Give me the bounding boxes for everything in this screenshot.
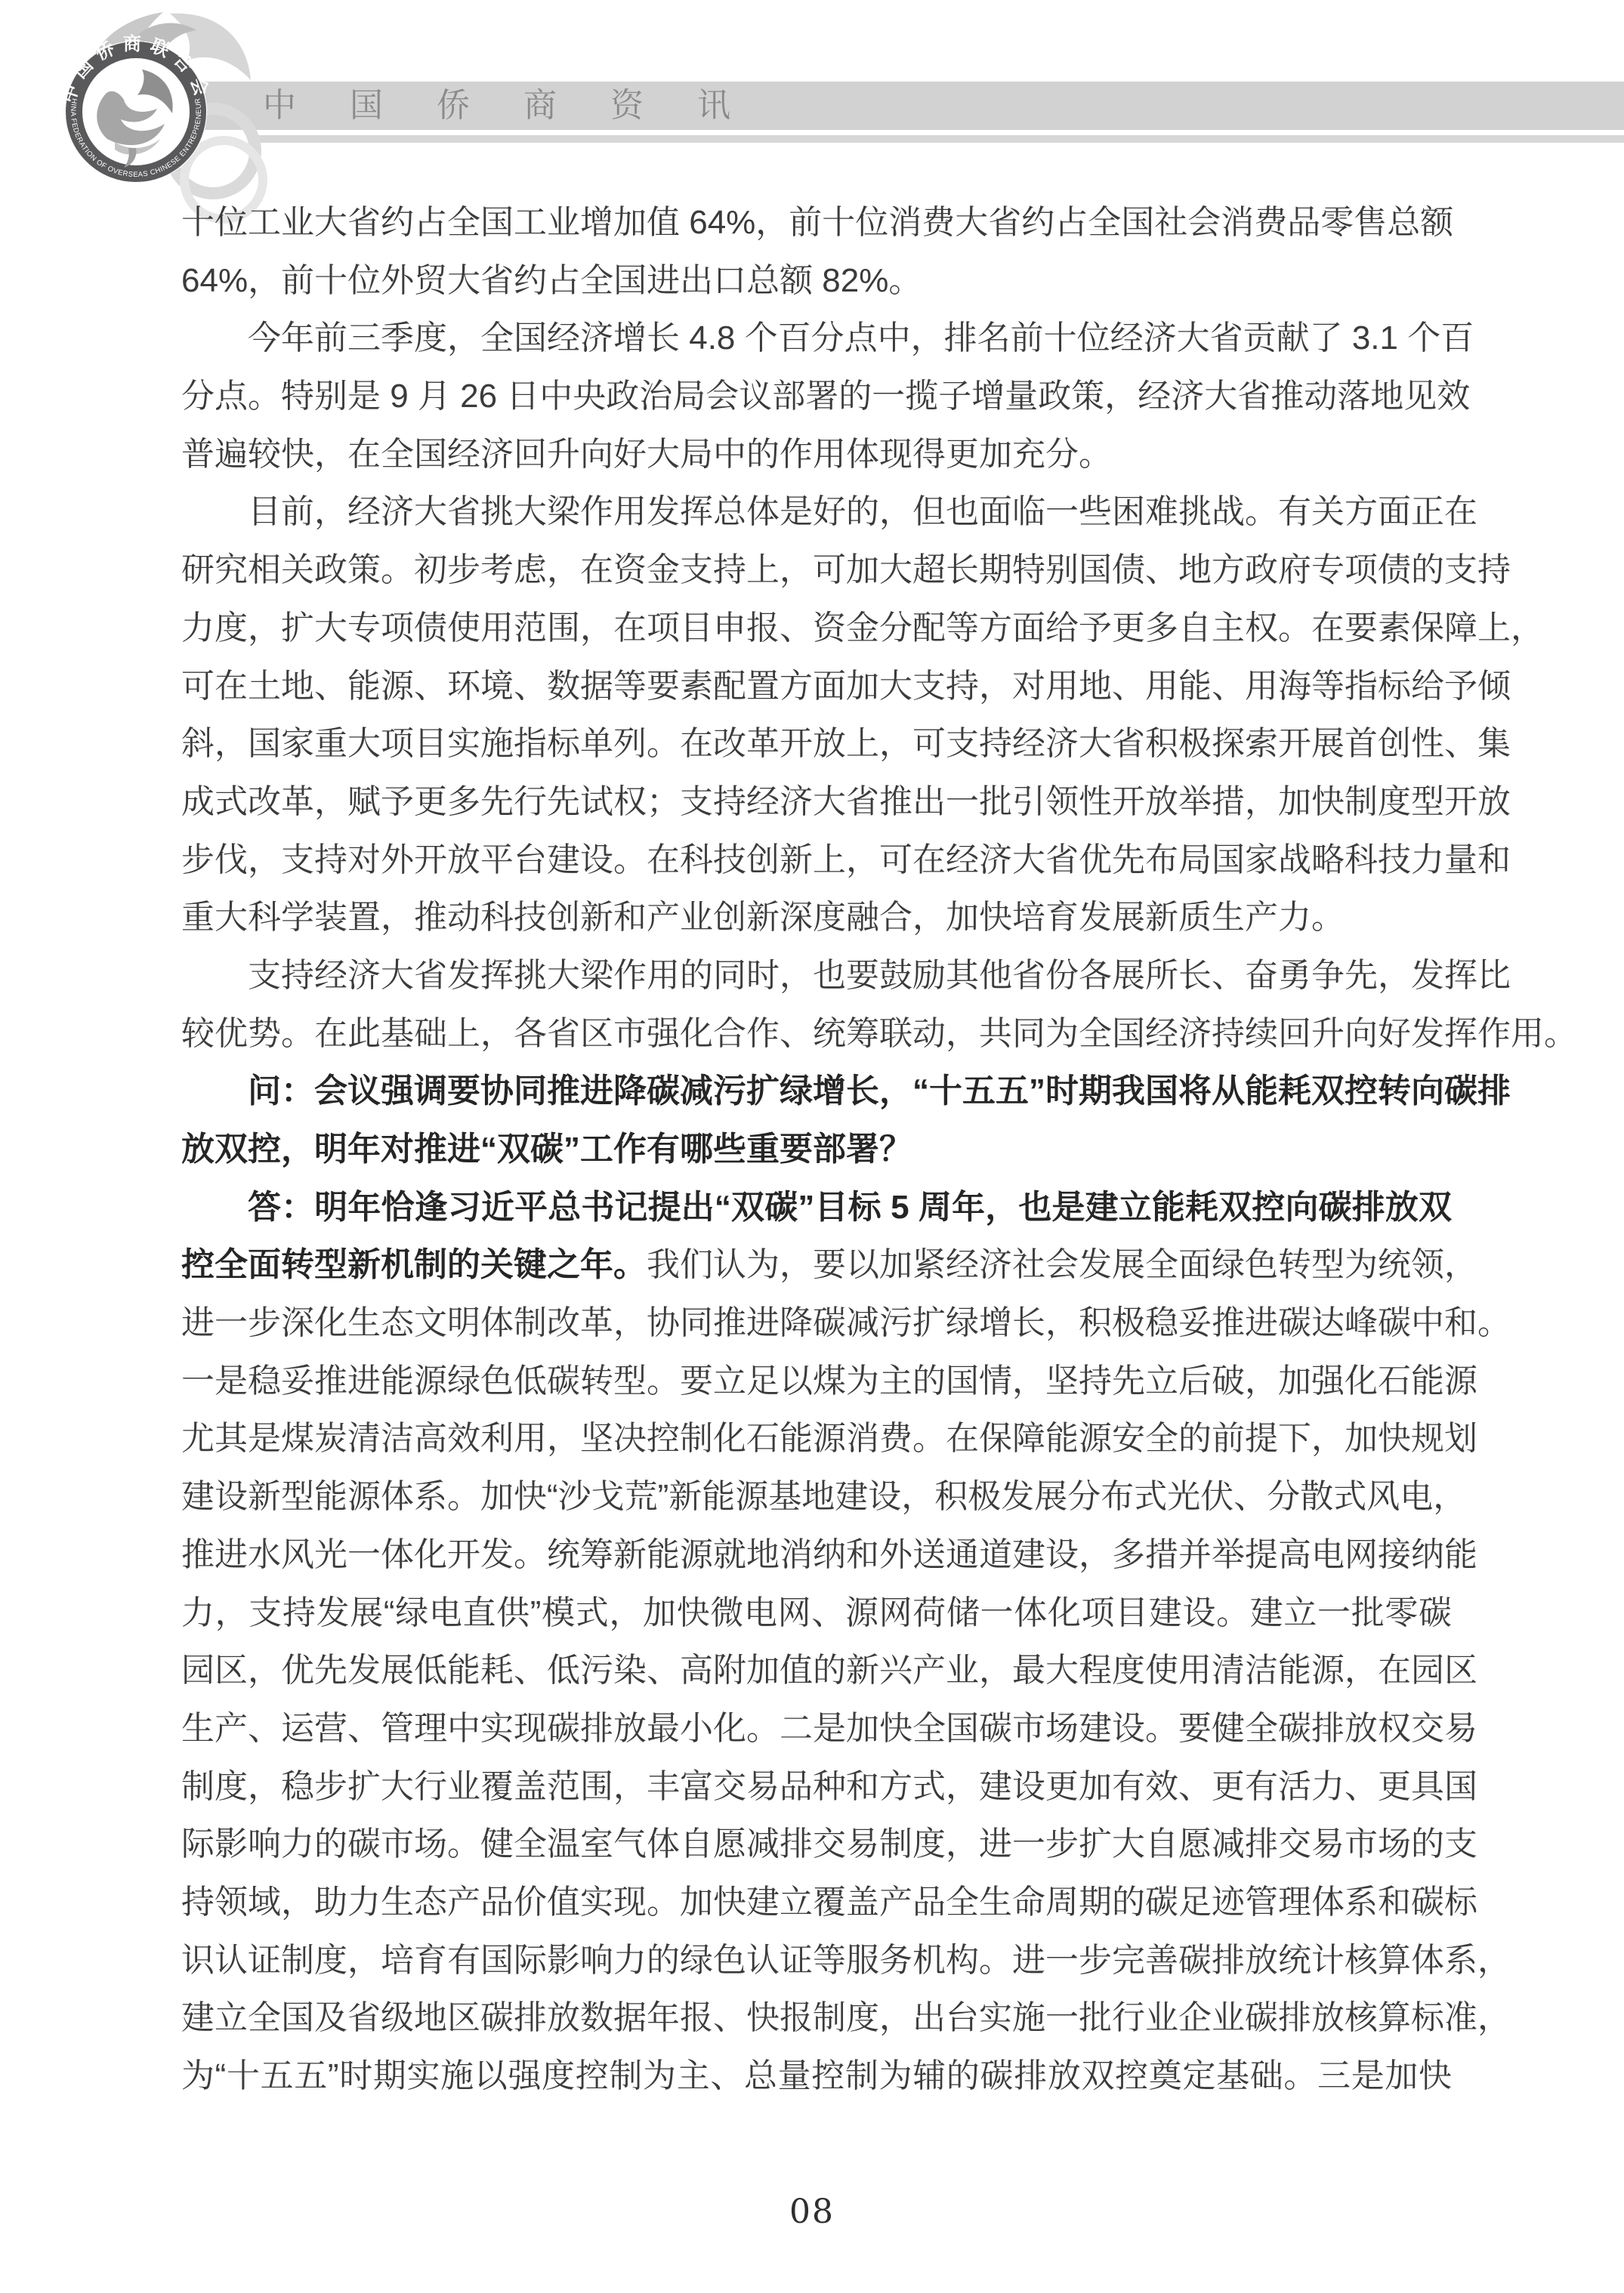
body-text-bold: 放双控，明年对推进“双碳”工作有哪些重要部署？ bbox=[181, 1131, 912, 1168]
body-text: 生产、运营、管理中实现碳排放最小化。二是加快全国碳市场建设。要健全碳排放权交易 bbox=[181, 1710, 1477, 1747]
body-line: 力度，扩大专项债使用范围，在项目申报、资金分配等方面给予更多自主权。在要素保障上… bbox=[181, 600, 1452, 658]
body-line: 可在土地、能源、环境、数据等要素配置方面加大支持，对用地、用能、用海等指标给予倾 bbox=[181, 658, 1452, 716]
body-line: 答：明年恰逢习近平总书记提出“双碳”目标 5 周年，也是建立能耗双控向碳排放双 bbox=[181, 1179, 1452, 1237]
body-line: 重大科学装置，推动科技创新和产业创新深度融合，加快培育发展新质生产力。 bbox=[181, 889, 1452, 947]
body-text: 较优势。在此基础上，各省区市强化合作、统筹联动，共同为全国经济持续回升向好发挥作… bbox=[181, 1015, 1577, 1052]
body-line: 分点。特别是 9 月 26 日中央政治局会议部署的一揽子增量政策，经济大省推动落… bbox=[181, 368, 1452, 426]
body-text-bold: 答：明年恰逢习近平总书记提出“双碳”目标 5 周年，也是建立能耗双控向碳排放双 bbox=[248, 1189, 1452, 1226]
body-line: 建立全国及省级地区碳排放数据年报、快报制度，出台实施一批行业企业碳排放核算标准， bbox=[181, 1989, 1452, 2048]
body-text: 研究相关政策。初步考虑，在资金支持上，可加大超长期特别国债、地方政府专项债的支持 bbox=[181, 551, 1511, 588]
body-text: 推进水风光一体化开发。统筹新能源就地消纳和外送通道建设，多措并举提高电网接纳能 bbox=[181, 1536, 1477, 1573]
body-text: 力度，扩大专项债使用范围，在项目申报、资金分配等方面给予更多自主权。在要素保障上… bbox=[181, 610, 1544, 647]
body-line: 进一步深化生态文明体制改革，协同推进降碳减污扩绿增长，积极稳妥推进碳达峰碳中和。 bbox=[181, 1295, 1452, 1353]
body-text: 分点。特别是 9 月 26 日中央政治局会议部署的一揽子增量政策，经济大省推动落… bbox=[181, 378, 1470, 415]
body-line: 制度，稳步扩大行业覆盖范围，丰富交易品种和方式，建设更加有效、更有活力、更具国 bbox=[181, 1758, 1452, 1816]
header-title: 中国侨商资讯 bbox=[263, 82, 784, 130]
body-text: 力，支持发展“绿电直供”模式，加快微电网、源网荷储一体化项目建设。建立一批零碳 bbox=[181, 1594, 1452, 1631]
body-line: 十位工业大省约占全国工业增加值 64%，前十位消费大省约占全国社会消费品零售总额 bbox=[181, 194, 1452, 252]
body-line: 力，支持发展“绿电直供”模式，加快微电网、源网荷储一体化项目建设。建立一批零碳 bbox=[181, 1585, 1452, 1643]
body-line: 今年前三季度，全国经济增长 4.8 个百分点中，排名前十位经济大省贡献了 3.1… bbox=[181, 310, 1452, 368]
body-line: 园区，优先发展低能耗、低污染、高附加值的新兴产业，最大程度使用清洁能源，在园区 bbox=[181, 1642, 1452, 1700]
body-line: 斜，国家重大项目实施指标单列。在改革开放上，可支持经济大省积极探索开展首创性、集 bbox=[181, 715, 1452, 773]
body-line: 成式改革，赋予更多先行先试权；支持经济大省推出一批引领性开放举措，加快制度型开放 bbox=[181, 773, 1452, 832]
article-body: 十位工业大省约占全国工业增加值 64%，前十位消费大省约占全国社会消费品零售总额… bbox=[181, 194, 1452, 2106]
body-line: 问：会议强调要协同推进降碳减污扩绿增长，“十五五”时期我国将从能耗双控转向碳排 bbox=[181, 1063, 1452, 1121]
body-line: 支持经济大省发挥挑大梁作用的同时，也要鼓励其他省份各展所长、奋勇争先，发挥比 bbox=[181, 947, 1452, 1005]
body-line: 目前，经济大省挑大梁作用发挥总体是好的，但也面临一些困难挑战。有关方面正在 bbox=[181, 483, 1452, 542]
body-text: 持领域，助力生态产品价值实现。加快建立覆盖产品全生命周期的碳足迹管理体系和碳标 bbox=[181, 1884, 1477, 1921]
body-text: 今年前三季度，全国经济增长 4.8 个百分点中，排名前十位经济大省贡献了 3.1… bbox=[248, 319, 1474, 356]
body-text: 建设新型能源体系。加快“沙戈荒”新能源基地建设，积极发展分布式光伏、分散式风电， bbox=[181, 1478, 1466, 1515]
body-text: 制度，稳步扩大行业覆盖范围，丰富交易品种和方式，建设更加有效、更有活力、更具国 bbox=[181, 1768, 1477, 1805]
body-text-bold: 控全面转型新机制的关键之年。 bbox=[181, 1246, 647, 1283]
body-text: 可在土地、能源、环境、数据等要素配置方面加大支持，对用地、用能、用海等指标给予倾 bbox=[181, 668, 1511, 705]
body-text-bold: 问：会议强调要协同推进降碳减污扩绿增长，“十五五”时期我国将从能耗双控转向碳排 bbox=[248, 1072, 1511, 1109]
body-line: 推进水风光一体化开发。统筹新能源就地消纳和外送通道建设，多措并举提高电网接纳能 bbox=[181, 1526, 1452, 1585]
body-line: 生产、运营、管理中实现碳排放最小化。二是加快全国碳市场建设。要健全碳排放权交易 bbox=[181, 1700, 1452, 1758]
body-line: 尤其是煤炭清洁高效利用，坚决控制化石能源消费。在保障能源安全的前提下，加快规划 bbox=[181, 1410, 1452, 1468]
body-text: 识认证制度，培育有国际影响力的绿色认证等服务机构。进一步完善碳排放统计核算体系， bbox=[181, 1942, 1511, 1979]
body-text: 我们认为，要以加紧经济社会发展全面绿色转型为统领， bbox=[647, 1246, 1477, 1283]
body-text: 重大科学装置，推动科技创新和产业创新深度融合，加快培育发展新质生产力。 bbox=[181, 899, 1345, 936]
body-line: 控全面转型新机制的关键之年。我们认为，要以加紧经济社会发展全面绿色转型为统领， bbox=[181, 1236, 1452, 1295]
body-text: 尤其是煤炭清洁高效利用，坚决控制化石能源消费。在保障能源安全的前提下，加快规划 bbox=[181, 1420, 1477, 1457]
body-text: 园区，优先发展低能耗、低污染、高附加值的新兴产业，最大程度使用清洁能源，在园区 bbox=[181, 1652, 1477, 1689]
body-text: 成式改革，赋予更多先行先试权；支持经济大省推出一批引领性开放举措，加快制度型开放 bbox=[181, 783, 1511, 820]
body-text: 为“十五五”时期实施以强度控制为主、总量控制为辅的碳排放双控奠定基础。三是加快 bbox=[181, 2057, 1452, 2094]
body-text: 64%，前十位外贸大省约占全国进出口总额 82%。 bbox=[181, 262, 922, 299]
body-text: 建立全国及省级地区碳排放数据年报、快报制度，出台实施一批行业企业碳排放核算标准， bbox=[181, 1999, 1511, 2036]
body-text: 十位工业大省约占全国工业增加值 64%，前十位消费大省约占全国社会消费品零售总额 bbox=[181, 204, 1453, 241]
body-text: 普遍较快，在全国经济回升向好大局中的作用体现得更加充分。 bbox=[181, 436, 1112, 473]
body-line: 为“十五五”时期实施以强度控制为主、总量控制为辅的碳排放双控奠定基础。三是加快 bbox=[181, 2048, 1452, 2106]
body-line: 放双控，明年对推进“双碳”工作有哪些重要部署？ bbox=[181, 1121, 1452, 1179]
body-line: 研究相关政策。初步考虑，在资金支持上，可加大超长期特别国债、地方政府专项债的支持 bbox=[181, 542, 1452, 600]
body-line: 普遍较快，在全国经济回升向好大局中的作用体现得更加充分。 bbox=[181, 426, 1452, 484]
body-line: 持领域，助力生态产品价值实现。加快建立覆盖产品全生命周期的碳足迹管理体系和碳标 bbox=[181, 1874, 1452, 1932]
header-band-secondary bbox=[249, 135, 1624, 143]
body-line: 64%，前十位外贸大省约占全国进出口总额 82%。 bbox=[181, 252, 1452, 310]
body-line: 识认证制度，培育有国际影响力的绿色认证等服务机构。进一步完善碳排放统计核算体系， bbox=[181, 1932, 1452, 1990]
body-text: 进一步深化生态文明体制改革，协同推进降碳减污扩绿增长，积极稳妥推进碳达峰碳中和。 bbox=[181, 1304, 1511, 1341]
page-number: 08 bbox=[0, 2193, 1624, 2231]
body-line: 际影响力的碳市场。健全温室气体自愿减排交易制度，进一步扩大自愿减排交易市场的支 bbox=[181, 1816, 1452, 1874]
body-text: 一是稳妥推进能源绿色低碳转型。要立足以煤为主的国情，坚持先立后破，加强化石能源 bbox=[181, 1363, 1477, 1400]
body-line: 一是稳妥推进能源绿色低碳转型。要立足以煤为主的国情，坚持先立后破，加强化石能源 bbox=[181, 1353, 1452, 1411]
body-text: 际影响力的碳市场。健全温室气体自愿减排交易制度，进一步扩大自愿减排交易市场的支 bbox=[181, 1825, 1477, 1862]
body-line: 较优势。在此基础上，各省区市强化合作、统筹联动，共同为全国经济持续回升向好发挥作… bbox=[181, 1005, 1452, 1063]
body-text: 斜，国家重大项目实施指标单列。在改革开放上，可支持经济大省积极探索开展首创性、集 bbox=[181, 725, 1511, 762]
body-text: 支持经济大省发挥挑大梁作用的同时，也要鼓励其他省份各展所长、奋勇争先，发挥比 bbox=[248, 957, 1511, 994]
body-line: 建设新型能源体系。加快“沙戈荒”新能源基地建设，积极发展分布式光伏、分散式风电， bbox=[181, 1468, 1452, 1526]
body-text: 步伐，支持对外开放平台建设。在科技创新上，可在经济大省优先布局国家战略科技力量和 bbox=[181, 841, 1511, 878]
body-line: 步伐，支持对外开放平台建设。在科技创新上，可在经济大省优先布局国家战略科技力量和 bbox=[181, 832, 1452, 890]
body-text: 目前，经济大省挑大梁作用发挥总体是好的，但也面临一些困难挑战。有关方面正在 bbox=[248, 493, 1477, 530]
